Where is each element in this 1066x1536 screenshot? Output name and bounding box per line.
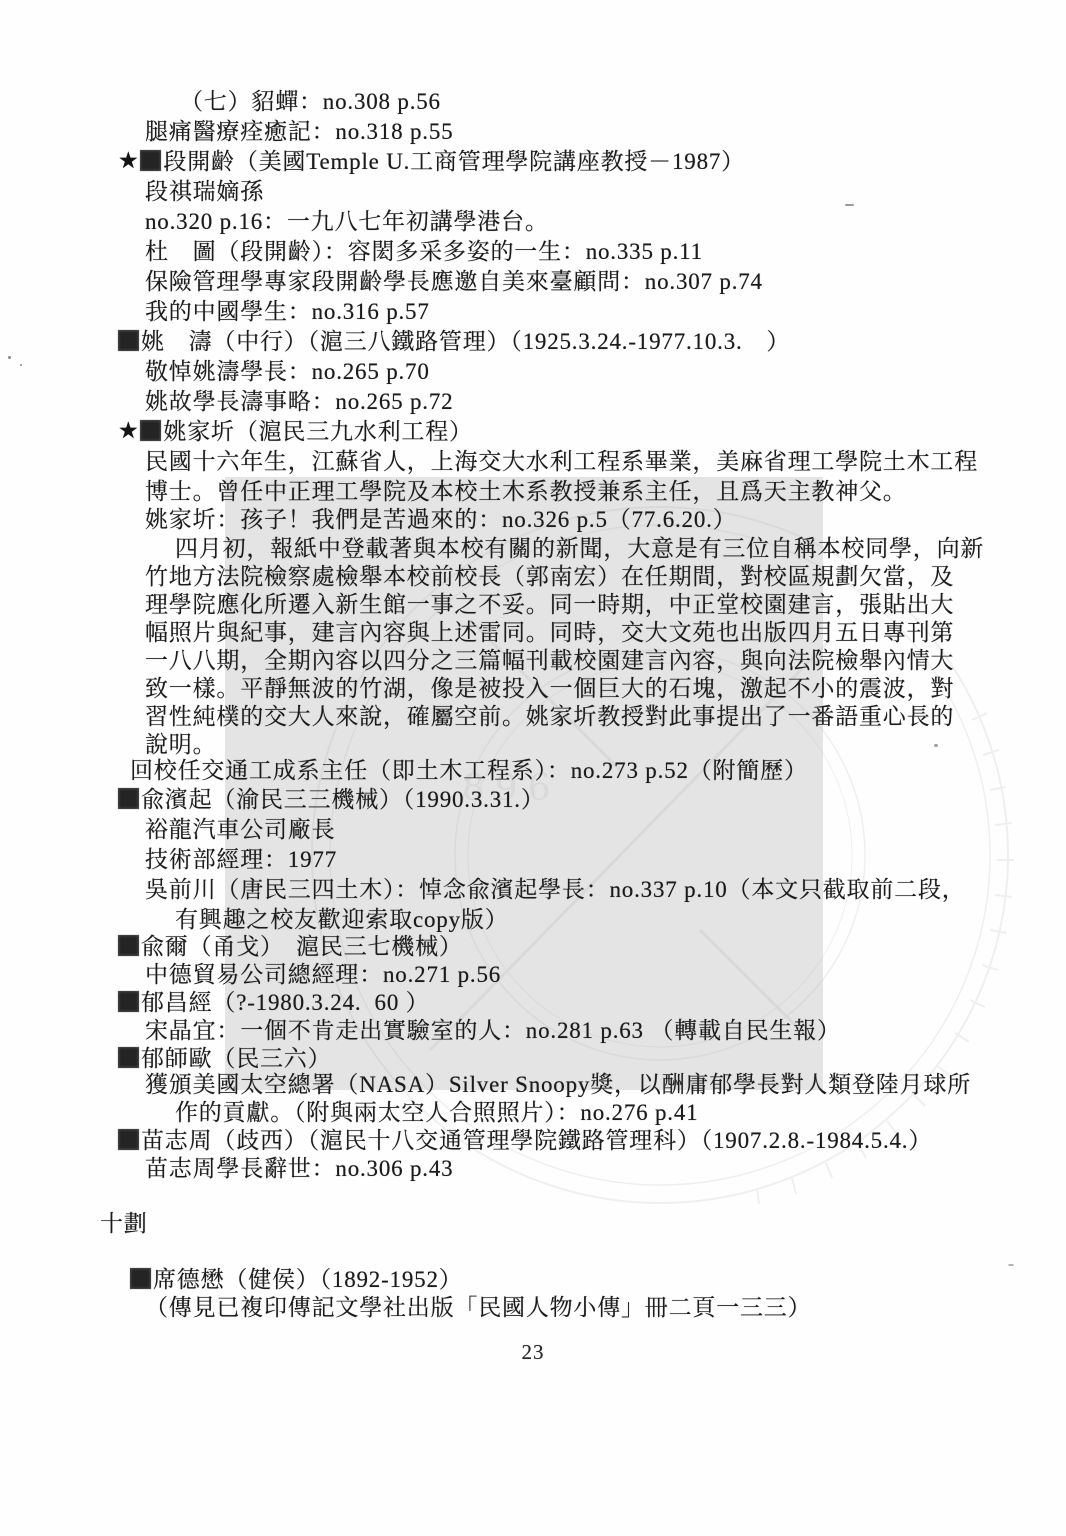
line-text: （傳見已複印傳記文學社出版「民國人物小傳」冊二頁一三三） [145,1295,811,1320]
line-text: 苗志周（歧西）（滬民十八交通管理學院鐵路管理科）（1907.2.8.-1984.… [141,1128,932,1153]
scan-speck [8,356,11,359]
line-text: 段祺瑞嫡孫 [145,179,264,204]
line-text: 郁師歐（民三六） [141,1046,331,1071]
text-line: 技術部經理：1977 [145,846,337,873]
line-text: 敬悼姚濤學長：no.265 p.70 [145,359,430,384]
line-text: （七）貂蟬：no.308 p.56 [180,89,441,114]
star-icon: ★ [118,147,139,174]
stamp-square-icon [118,991,139,1012]
line-text: 宋晶宜：一個不肯走出實驗室的人：no.281 p.63 （轉載自民生報） [145,1018,841,1043]
entry-line: 郁昌經（?-1980.3.24. 60 ） [118,989,429,1016]
line-text: 姚 濤（中行）（滬三八鐵路管理）（1925.3.24.-1977.10.3. ） [141,329,790,354]
document-lines: （七）貂蟬：no.308 p.56腿痛醫療痊癒記：no.318 p.55★段開齡… [0,0,1066,1536]
text-line: 段祺瑞嫡孫 [145,178,264,205]
text-line: 敬悼姚濤學長：no.265 p.70 [145,358,430,385]
text-line: 致一樣。平靜無波的竹湖，像是被投入一個巨大的石塊，激起不小的震波，對 [145,675,954,702]
line-text: 苗志周學長辭世：no.306 p.43 [145,1156,453,1181]
text-line: 民國十六年生，江蘇省人，上海交大水利工程系畢業，美麻省理工學院土木工程 [145,448,978,475]
text-line: 苗志周學長辭世：no.306 p.43 [145,1155,453,1182]
line-text: 裕龍汽車公司廠長 [145,817,335,842]
stamp-square-icon [140,420,161,441]
line-text: 四月初，報紙中登載著與本校有關的新聞，大意是有三位自稱本校同學，向新 [175,536,984,561]
stamp-square-icon [118,1047,139,1068]
entry-line: 苗志周（歧西）（滬民十八交通管理學院鐵路管理科）（1907.2.8.-1984.… [118,1127,932,1154]
line-text: 席德懋（健侯）（1892-1952） [153,1267,463,1292]
scan-speck [845,204,854,206]
text-line: 杜 圖（段開齡）：容閎多采多姿的一生：no.335 p.11 [145,238,703,265]
text-line: 竹地方法院檢察處檢舉本校前校長（郭南宏）在任期間，對校區規劃欠當，及 [145,563,954,590]
line-text: 杜 圖（段開齡）：容閎多采多姿的一生：no.335 p.11 [145,239,703,264]
line-text: 博士。曾任中正理工學院及本校土木系教授兼系主任，且爲天主教神父。 [145,479,907,504]
text-line: 習性純樸的交大人來說，確屬空前。姚家圻教授對此事提出了一番語重心長的 [145,703,954,730]
line-text: 姚家圻（滬民三九水利工程） [163,419,472,444]
scan-speck [20,364,22,366]
line-text: 民國十六年生，江蘇省人，上海交大水利工程系畢業，美麻省理工學院土木工程 [145,449,978,474]
text-line: 博士。曾任中正理工學院及本校土木系教授兼系主任，且爲天主教神父。 [145,478,907,505]
stamp-square-icon [118,1129,139,1150]
line-text: 十劃 [100,1211,148,1236]
line-text: 腿痛醫療痊癒記：no.318 p.55 [145,119,453,144]
text-line: 姚家圻：孩子！我們是苦過來的：no.326 p.5（77.6.20.） [145,506,737,533]
text-line: 一八八期，全期內容以四分之三篇幅刊載校園建言內容，與向法院檢舉內情大 [145,647,954,674]
scan-speck [934,744,938,747]
text-line: 中德貿易公司總經理：no.271 p.56 [145,961,501,988]
stamp-square-icon [118,788,139,809]
line-text: 作的貢獻。（附與兩太空人合照照片）：no.276 p.41 [175,1100,698,1125]
line-text: 說明。 [145,732,216,757]
text-line: （傳見已複印傳記文學社出版「民國人物小傳」冊二頁一三三） [145,1294,811,1321]
stamp-square-icon [130,1268,151,1289]
line-text: 兪爾（甬戈） 滬民三七機械） [141,934,463,959]
line-text: 郁昌經（?-1980.3.24. 60 ） [141,990,429,1015]
line-text: 中德貿易公司總經理：no.271 p.56 [145,962,501,987]
star-icon: ★ [118,417,139,444]
entry-line: 姚 濤（中行）（滬三八鐵路管理）（1925.3.24.-1977.10.3. ） [118,328,790,355]
line-text: 理學院應化所遷入新生館一事之不妥。同一時期，中正堂校園建言，張貼出大 [145,592,954,617]
scanned-document-page: 896 （七）貂蟬：no.308 p.56腿痛醫療痊癒記：no.318 p.55… [0,0,1066,1536]
page-number: 23 [0,1340,1066,1365]
line-text: 段開齡（美國Temple U.工商管理學院講座教授－1987） [163,149,745,174]
line-text: 習性純樸的交大人來說，確屬空前。姚家圻教授對此事提出了一番語重心長的 [145,704,954,729]
line-text: 姚故學長濤事略：no.265 p.72 [145,389,453,414]
entry-line: ★姚家圻（滬民三九水利工程） [118,418,473,445]
text-line: 理學院應化所遷入新生館一事之不妥。同一時期，中正堂校園建言，張貼出大 [145,591,954,618]
line-text: no.320 p.16：一九八七年初講學港台。 [145,209,549,234]
text-line: 作的貢獻。（附與兩太空人合照照片）：no.276 p.41 [175,1099,698,1126]
text-line: 說明。 [145,731,216,758]
stamp-square-icon [118,935,139,956]
stamp-square-icon [140,150,161,171]
text-line: 宋晶宜：一個不肯走出實驗室的人：no.281 p.63 （轉載自民生報） [145,1017,841,1044]
entry-line: 席德懋（健侯）（1892-1952） [130,1266,463,1293]
text-line: 有興趣之校友歡迎索取copy版） [175,906,509,933]
text-line: 保險管理學專家段開齡學長應邀自美來臺顧問：no.307 p.74 [145,268,763,295]
line-text: 一八八期，全期內容以四分之三篇幅刊載校園建言內容，與向法院檢舉內情大 [145,648,954,673]
stamp-square-icon [118,330,139,351]
line-text: 致一樣。平靜無波的竹湖，像是被投入一個巨大的石塊，激起不小的震波，對 [145,676,954,701]
line-text: 竹地方法院檢察處檢舉本校前校長（郭南宏）在任期間，對校區規劃欠當，及 [145,564,954,589]
entry-line: 兪爾（甬戈） 滬民三七機械） [118,933,463,960]
entry-line: 郁師歐（民三六） [118,1045,331,1072]
line-text: 獲頒美國太空總署（NASA）Silver Snoopy獎，以酬庸郁學長對人類登陸… [145,1072,971,1097]
text-line: no.320 p.16：一九八七年初講學港台。 [145,208,549,235]
text-line: 我的中國學生：no.316 p.57 [145,298,430,325]
text-line: 幅照片與紀事，建言內容與上述雷同。同時，交大文苑也出版四月五日專刊第 [145,619,954,646]
line-text: 幅照片與紀事，建言內容與上述雷同。同時，交大文苑也出版四月五日專刊第 [145,620,954,645]
text-line: 獲頒美國太空總署（NASA）Silver Snoopy獎，以酬庸郁學長對人類登陸… [145,1071,971,1098]
line-text: 我的中國學生：no.316 p.57 [145,299,430,324]
line-text: 兪濱起（渝民三三機械）（1990.3.31.） [141,787,545,812]
scan-speck [1008,1264,1014,1266]
line-text: 技術部經理：1977 [145,847,337,872]
text-line: 吳前川（唐民三四土木）：悼念兪濱起學長：no.337 p.10（本文只截取前二段… [145,876,966,903]
entry-line: ★段開齡（美國Temple U.工商管理學院講座教授－1987） [118,148,745,175]
line-text: 姚家圻：孩子！我們是苦過來的：no.326 p.5（77.6.20.） [145,507,737,532]
text-line: 四月初，報紙中登載著與本校有關的新聞，大意是有三位自稱本校同學，向新 [175,535,984,562]
text-line: 回校任交通工成系主任（即土木工程系）：no.273 p.52（附簡歷） [130,757,808,784]
line-text: 有興趣之校友歡迎索取copy版） [175,907,509,932]
line-text: 回校任交通工成系主任（即土木工程系）：no.273 p.52（附簡歷） [130,758,808,783]
entry-line: 兪濱起（渝民三三機械）（1990.3.31.） [118,786,545,813]
text-line: 裕龍汽車公司廠長 [145,816,335,843]
text-line: 姚故學長濤事略：no.265 p.72 [145,388,453,415]
section-heading: 十劃 [100,1210,148,1237]
line-text: 保險管理學專家段開齡學長應邀自美來臺顧問：no.307 p.74 [145,269,763,294]
line-text: 吳前川（唐民三四土木）：悼念兪濱起學長：no.337 p.10（本文只截取前二段… [145,877,966,902]
text-line: 腿痛醫療痊癒記：no.318 p.55 [145,118,453,145]
text-line: （七）貂蟬：no.308 p.56 [180,88,441,115]
